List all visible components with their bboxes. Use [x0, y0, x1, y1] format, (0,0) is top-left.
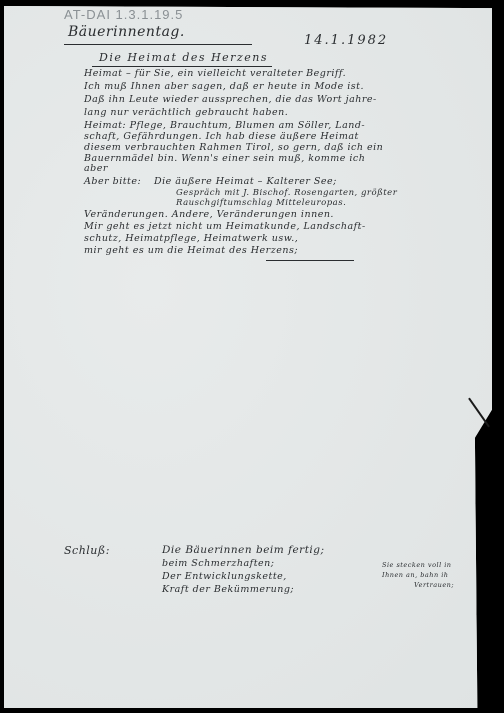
- document-title: Bäuerinnentag.: [68, 24, 185, 40]
- body-line: Mir geht es jetzt nicht um Heimatkunde, …: [84, 221, 366, 232]
- body-line: Veränderungen. Andere, Veränderungen inn…: [84, 209, 334, 220]
- title-underline: [64, 44, 252, 45]
- body-line: schutz, Heimatpflege, Heimatwerk usw.,: [84, 233, 298, 244]
- margin-note: Ihnen an, bahn ih: [382, 571, 448, 579]
- closing-line: beim Schmerzhaften;: [162, 558, 274, 569]
- document-subtitle: Die Heimat des Herzens: [99, 51, 268, 64]
- body-line: schaft, Gefährdungen. Ich hab diese äuße…: [84, 131, 359, 142]
- document-date: 14.1.1982: [304, 33, 388, 48]
- body-line: Heimat – für Sie, ein vielleicht veralte…: [84, 68, 346, 79]
- body-line: Heimat: Pflege, Brauchtum, Blumen am Söl…: [84, 120, 365, 131]
- closing-line: Der Entwicklungskette,: [162, 571, 287, 582]
- document-page: AT-DAI 1.3.1.19.5 Bäuerinnentag. 14.1.19…: [4, 6, 492, 708]
- body-line: Daß ihn Leute wieder aussprechen, die da…: [84, 94, 377, 105]
- body-line: Bauernmädel bin. Wenn's einer sein muß, …: [84, 153, 365, 164]
- closing-label: Schluß:: [64, 544, 110, 557]
- aber-bitte-line: Gespräch mit J. Bischof. Rosengarten, gr…: [176, 188, 397, 198]
- section-divider: [266, 260, 354, 261]
- aber-bitte-line: Rauschgiftumschlag Mitteleuropas.: [176, 198, 346, 208]
- aber-bitte-line: Die äußere Heimat – Kalterer See;: [154, 176, 337, 187]
- margin-note: Sie stecken voll in: [382, 561, 452, 569]
- body-line: aber: [84, 163, 108, 174]
- body-line: Ich muß Ihnen aber sagen, daß er heute i…: [84, 81, 364, 92]
- archive-signature: AT-DAI 1.3.1.19.5: [64, 7, 183, 22]
- body-line: lang nur verächtlich gebraucht haben.: [84, 107, 288, 118]
- aber-bitte-label: Aber bitte:: [84, 176, 141, 187]
- body-line: diesem verbrauchten Rahmen Tirol, so ger…: [84, 142, 383, 153]
- body-line: mir geht es um die Heimat des Herzens;: [84, 245, 298, 256]
- closing-line: Die Bäuerinnen beim fertig;: [162, 544, 325, 556]
- subtitle-underline: [92, 66, 272, 67]
- margin-note: Vertrauen;: [414, 581, 454, 589]
- closing-line: Kraft der Bekümmerung;: [162, 584, 294, 595]
